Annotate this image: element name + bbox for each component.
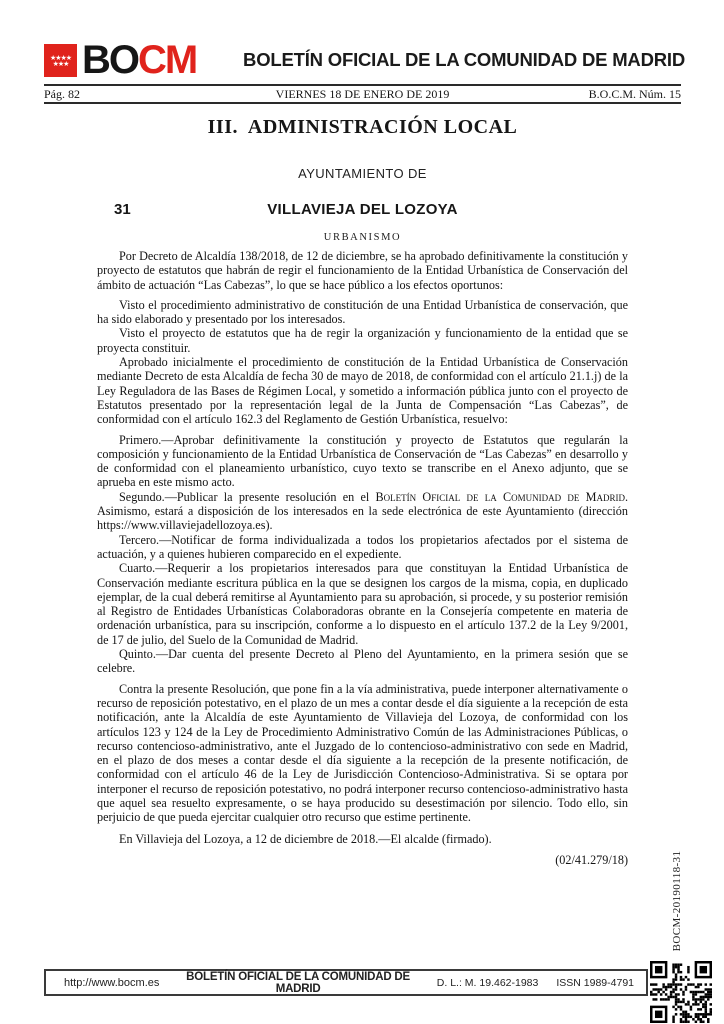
bulletin-code-vertical: BOCM-20190118-31 — [670, 852, 684, 950]
section-title: III. ADMINISTRACIÓN LOCAL — [44, 116, 681, 139]
topic-heading: URBANISMO — [44, 232, 681, 243]
paragraph: Aprobado inicialmente el procedimiento d… — [97, 355, 628, 426]
paragraph: Cuarto.—Requerir a los propietarios inte… — [97, 561, 628, 647]
paragraph: Contra la presente Resolución, que pone … — [97, 682, 628, 825]
paragraph: Visto el procedimiento administrativo de… — [97, 298, 628, 327]
footer-url: http://www.bocm.es — [64, 977, 159, 989]
madrid-flag-icon: ★★★★★★★ — [44, 44, 77, 77]
paragraph: Primero.—Aprobar definitivamente la cons… — [97, 433, 628, 490]
date-strip: Pág. 82 VIERNES 18 DE ENERO DE 2019 B.O.… — [44, 84, 681, 104]
masthead-title: BOLETÍN OFICIAL DE LA COMUNIDAD DE MADRI… — [196, 49, 687, 71]
page-number-label: Pág. 82 — [44, 87, 276, 102]
organization-heading: AYUNTAMIENTO DE — [44, 166, 681, 181]
paragraph: Quinto.—Dar cuenta del presente Decreto … — [97, 647, 628, 676]
logo-bo: BO — [82, 38, 138, 82]
page-footer: http://www.bocm.es BOLETÍN OFICIAL DE LA… — [44, 969, 648, 996]
paragraph: Visto el proyecto de estatutos que ha de… — [97, 326, 628, 355]
qr-code-image — [650, 961, 712, 1023]
footer-deposit: D. L.: M. 19.462-1983 — [437, 977, 539, 989]
bocm-logo: ★★★★★★★ BOCM — [44, 44, 196, 77]
reference-number: (02/41.279/18) — [97, 853, 628, 867]
municipality-name: VILLAVIEJA DEL LOZOYA — [44, 201, 681, 218]
flag-star-row: ★★★ — [53, 61, 69, 67]
signature-line: En Villavieja del Lozoya, a 12 de diciem… — [97, 832, 628, 846]
footer-title: BOLETÍN OFICIAL DE LA COMUNIDAD DE MADRI… — [169, 971, 426, 995]
document-body: Por Decreto de Alcaldía 138/2018, de 12 … — [97, 249, 628, 867]
bocm-page: ★★★★★★★ BOCM BOLETÍN OFICIAL DE LA COMUN… — [0, 0, 724, 1024]
bocm-logotype: BOCM — [82, 44, 196, 77]
issue-number-label: B.O.C.M. Núm. 15 — [449, 87, 681, 102]
footer-issn: ISSN 1989-4791 — [556, 977, 634, 989]
announcement-number: 31 — [114, 201, 131, 218]
body-paragraphs: Por Decreto de Alcaldía 138/2018, de 12 … — [97, 249, 628, 825]
qr-code — [650, 961, 712, 1023]
issue-date-label: VIERNES 18 DE ENERO DE 2019 — [276, 87, 450, 102]
paragraph: Por Decreto de Alcaldía 138/2018, de 12 … — [97, 249, 628, 292]
page-header: ★★★★★★★ BOCM BOLETÍN OFICIAL DE LA COMUN… — [44, 40, 687, 80]
announcement-heading-row: 31 VILLAVIEJA DEL LOZOYA — [44, 201, 681, 218]
paragraph: Tercero.—Notificar de forma individualiz… — [97, 533, 628, 562]
logo-cm: CM — [138, 38, 196, 82]
paragraph: Segundo.—Publicar la presente resolución… — [97, 490, 628, 533]
